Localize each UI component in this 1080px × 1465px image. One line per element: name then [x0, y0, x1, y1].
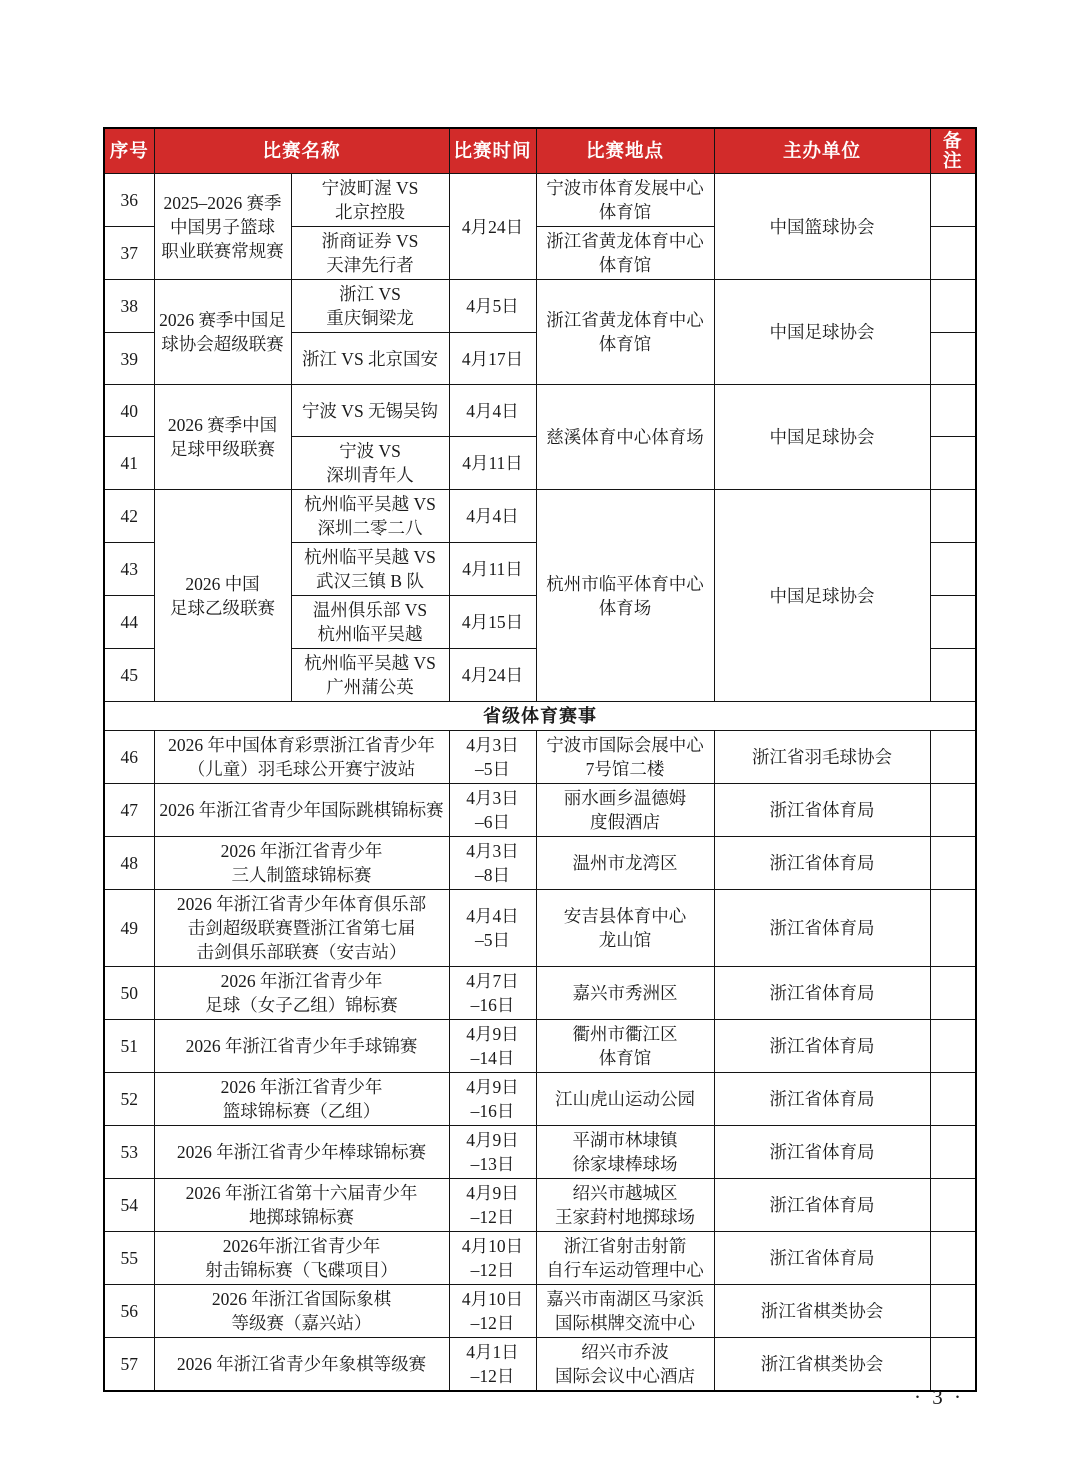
- table-header-row: 序号比赛名称比赛时间比赛地点主办单位备注: [104, 128, 976, 174]
- match-cell: 浙江 VS 北京国安: [291, 333, 449, 385]
- location-cell: 宁波市国际会展中心 7号馆二楼: [536, 731, 714, 784]
- organizer-cell: 中国足球协会: [714, 385, 930, 490]
- table-body: 362025–2026 赛季 中国男子篮球 职业联赛常规赛宁波町渥 VS 北京控…: [104, 174, 976, 1392]
- event-name-cell: 2026 年中国体育彩票浙江省青少年 （儿童）羽毛球公开赛宁波站: [154, 731, 449, 784]
- note-cell: [930, 596, 976, 649]
- event-name-cell: 2026 年浙江省青少年国际跳棋锦标赛: [154, 784, 449, 837]
- page-number: · 3 ·: [903, 1385, 975, 1410]
- table-row: 522026 年浙江省青少年 篮球锦标赛（乙组）4月9日 –16日江山虎山运动公…: [104, 1073, 976, 1126]
- event-name-cell: 2026 年浙江省青少年 足球（女子乙组）锦标赛: [154, 967, 449, 1020]
- location-cell: 浙江省黄龙体育中心 体育馆: [536, 227, 714, 280]
- seq-cell: 51: [104, 1020, 154, 1073]
- time-cell: 4月24日: [449, 649, 536, 702]
- time-cell: 4月17日: [449, 333, 536, 385]
- schedule-table: 序号比赛名称比赛时间比赛地点主办单位备注 362025–2026 赛季 中国男子…: [103, 127, 977, 1392]
- note-cell: [930, 649, 976, 702]
- note-cell: [930, 1179, 976, 1232]
- organizer-cell: 浙江省羽毛球协会: [714, 731, 930, 784]
- seq-cell: 56: [104, 1285, 154, 1338]
- note-cell: [930, 1020, 976, 1073]
- section-header-row: 省级体育赛事: [104, 702, 976, 731]
- seq-cell: 46: [104, 731, 154, 784]
- location-cell: 温州市龙湾区: [536, 837, 714, 890]
- table-row: 462026 年中国体育彩票浙江省青少年 （儿童）羽毛球公开赛宁波站4月3日 –…: [104, 731, 976, 784]
- location-cell: 衢州市衢江区 体育馆: [536, 1020, 714, 1073]
- seq-cell: 36: [104, 174, 154, 227]
- time-cell: 4月4日: [449, 490, 536, 543]
- organizer-cell: 浙江省体育局: [714, 967, 930, 1020]
- location-cell: 平湖市林埭镇 徐家埭棒球场: [536, 1126, 714, 1179]
- time-cell: 4月3日 –5日: [449, 731, 536, 784]
- table-row: 482026 年浙江省青少年 三人制篮球锦标赛4月3日 –8日温州市龙湾区浙江省…: [104, 837, 976, 890]
- match-cell: 浙江 VS 重庆铜梁龙: [291, 280, 449, 333]
- event-name-cell: 2026 年浙江省国际象棋 等级赛（嘉兴站）: [154, 1285, 449, 1338]
- time-cell: 4月4日: [449, 385, 536, 437]
- organizer-cell: 中国足球协会: [714, 490, 930, 702]
- table-row: 542026 年浙江省第十六届青少年 地掷球锦标赛4月9日 –12日绍兴市越城区…: [104, 1179, 976, 1232]
- match-cell: 宁波 VS 深圳青年人: [291, 437, 449, 490]
- group-name-cell: 2026 中国 足球乙级联赛: [154, 490, 291, 702]
- header-col-organizer: 主办单位: [714, 128, 930, 174]
- table-row: 382026 赛季中国足 球协会超级联赛浙江 VS 重庆铜梁龙4月5日浙江省黄龙…: [104, 280, 976, 333]
- note-cell: [930, 967, 976, 1020]
- seq-cell: 53: [104, 1126, 154, 1179]
- match-cell: 温州俱乐部 VS 杭州临平吴越: [291, 596, 449, 649]
- seq-cell: 40: [104, 385, 154, 437]
- note-cell: [930, 385, 976, 437]
- seq-cell: 44: [104, 596, 154, 649]
- time-cell: 4月10日 –12日: [449, 1232, 536, 1285]
- seq-cell: 47: [104, 784, 154, 837]
- match-cell: 宁波 VS 无锡吴钩: [291, 385, 449, 437]
- event-name-cell: 2026年浙江省青少年 射击锦标赛（飞碟项目）: [154, 1232, 449, 1285]
- group-name-cell: 2025–2026 赛季 中国男子篮球 职业联赛常规赛: [154, 174, 291, 280]
- organizer-cell: 浙江省棋类协会: [714, 1285, 930, 1338]
- note-cell: [930, 837, 976, 890]
- note-cell: [930, 490, 976, 543]
- header-col-note: 备注: [930, 128, 976, 174]
- location-cell: 慈溪体育中心体育场: [536, 385, 714, 490]
- header-col-seq: 序号: [104, 128, 154, 174]
- location-cell: 丽水画乡温德姆 度假酒店: [536, 784, 714, 837]
- note-cell: [930, 543, 976, 596]
- organizer-cell: 浙江省体育局: [714, 1179, 930, 1232]
- group-name-cell: 2026 赛季中国足 球协会超级联赛: [154, 280, 291, 385]
- time-cell: 4月9日 –16日: [449, 1073, 536, 1126]
- document-page: 序号比赛名称比赛时间比赛地点主办单位备注 362025–2026 赛季 中国男子…: [0, 0, 1080, 1465]
- section-title: 省级体育赛事: [104, 702, 976, 731]
- note-cell: [930, 1285, 976, 1338]
- seq-cell: 42: [104, 490, 154, 543]
- note-cell: [930, 784, 976, 837]
- time-cell: 4月4日 –5日: [449, 890, 536, 967]
- event-name-cell: 2026 年浙江省青少年手球锦赛: [154, 1020, 449, 1073]
- time-cell: 4月1日 –12日: [449, 1338, 536, 1392]
- table-row: 512026 年浙江省青少年手球锦赛4月9日 –14日衢州市衢江区 体育馆浙江省…: [104, 1020, 976, 1073]
- organizer-cell: 浙江省体育局: [714, 784, 930, 837]
- match-cell: 杭州临平吴越 VS 武汉三镇 B 队: [291, 543, 449, 596]
- seq-cell: 41: [104, 437, 154, 490]
- seq-cell: 39: [104, 333, 154, 385]
- event-name-cell: 2026 年浙江省青少年体育俱乐部 击剑超级联赛暨浙江省第七届 击剑俱乐部联赛（…: [154, 890, 449, 967]
- event-name-cell: 2026 年浙江省青少年 三人制篮球锦标赛: [154, 837, 449, 890]
- organizer-cell: 浙江省体育局: [714, 1126, 930, 1179]
- table-row: 472026 年浙江省青少年国际跳棋锦标赛4月3日 –6日丽水画乡温德姆 度假酒…: [104, 784, 976, 837]
- organizer-cell: 浙江省体育局: [714, 1073, 930, 1126]
- location-cell: 嘉兴市南湖区马家浜 国际棋牌交流中心: [536, 1285, 714, 1338]
- location-cell: 宁波市体育发展中心 体育馆: [536, 174, 714, 227]
- table-row: 502026 年浙江省青少年 足球（女子乙组）锦标赛4月7日 –16日嘉兴市秀洲…: [104, 967, 976, 1020]
- match-cell: 宁波町渥 VS 北京控股: [291, 174, 449, 227]
- time-cell: 4月9日 –14日: [449, 1020, 536, 1073]
- seq-cell: 49: [104, 890, 154, 967]
- table-row: 492026 年浙江省青少年体育俱乐部 击剑超级联赛暨浙江省第七届 击剑俱乐部联…: [104, 890, 976, 967]
- event-name-cell: 2026 年浙江省第十六届青少年 地掷球锦标赛: [154, 1179, 449, 1232]
- note-cell: [930, 1232, 976, 1285]
- match-cell: 杭州临平吴越 VS 广州蒲公英: [291, 649, 449, 702]
- table-row: 402026 赛季中国 足球甲级联赛宁波 VS 无锡吴钩4月4日慈溪体育中心体育…: [104, 385, 976, 437]
- event-name-cell: 2026 年浙江省青少年 篮球锦标赛（乙组）: [154, 1073, 449, 1126]
- location-cell: 嘉兴市秀洲区: [536, 967, 714, 1020]
- time-cell: 4月9日 –12日: [449, 1179, 536, 1232]
- seq-cell: 52: [104, 1073, 154, 1126]
- table-header: 序号比赛名称比赛时间比赛地点主办单位备注: [104, 128, 976, 174]
- note-cell: [930, 437, 976, 490]
- organizer-cell: 中国足球协会: [714, 280, 930, 385]
- seq-cell: 57: [104, 1338, 154, 1392]
- location-cell: 江山虎山运动公园: [536, 1073, 714, 1126]
- seq-cell: 55: [104, 1232, 154, 1285]
- organizer-cell: 浙江省体育局: [714, 1232, 930, 1285]
- time-cell: 4月5日: [449, 280, 536, 333]
- note-cell: [930, 227, 976, 280]
- location-cell: 绍兴市乔波 国际会议中心酒店: [536, 1338, 714, 1392]
- match-cell: 浙商证券 VS 天津先行者: [291, 227, 449, 280]
- table-row: 562026 年浙江省国际象棋 等级赛（嘉兴站）4月10日 –12日嘉兴市南湖区…: [104, 1285, 976, 1338]
- organizer-cell: 浙江省体育局: [714, 837, 930, 890]
- time-cell: 4月24日: [449, 174, 536, 280]
- note-cell: [930, 731, 976, 784]
- time-cell: 4月11日: [449, 437, 536, 490]
- note-cell: [930, 174, 976, 227]
- location-cell: 杭州市临平体育中心 体育场: [536, 490, 714, 702]
- group-name-cell: 2026 赛季中国 足球甲级联赛: [154, 385, 291, 490]
- event-name-cell: 2026 年浙江省青少年棒球锦标赛: [154, 1126, 449, 1179]
- location-cell: 安吉县体育中心 龙山馆: [536, 890, 714, 967]
- note-cell: [930, 333, 976, 385]
- time-cell: 4月3日 –8日: [449, 837, 536, 890]
- organizer-cell: 浙江省体育局: [714, 890, 930, 967]
- note-cell: [930, 1338, 976, 1392]
- time-cell: 4月9日 –13日: [449, 1126, 536, 1179]
- table-row: 422026 中国 足球乙级联赛杭州临平吴越 VS 深圳二零二八4月4日杭州市临…: [104, 490, 976, 543]
- time-cell: 4月3日 –6日: [449, 784, 536, 837]
- note-cell: [930, 280, 976, 333]
- seq-cell: 43: [104, 543, 154, 596]
- time-cell: 4月7日 –16日: [449, 967, 536, 1020]
- table-row: 362025–2026 赛季 中国男子篮球 职业联赛常规赛宁波町渥 VS 北京控…: [104, 174, 976, 227]
- header-col-location: 比赛地点: [536, 128, 714, 174]
- location-cell: 绍兴市越城区 王家葑村地掷球场: [536, 1179, 714, 1232]
- seq-cell: 38: [104, 280, 154, 333]
- seq-cell: 45: [104, 649, 154, 702]
- seq-cell: 50: [104, 967, 154, 1020]
- note-cell: [930, 890, 976, 967]
- organizer-cell: 中国篮球协会: [714, 174, 930, 280]
- location-cell: 浙江省黄龙体育中心 体育馆: [536, 280, 714, 385]
- event-name-cell: 2026 年浙江省青少年象棋等级赛: [154, 1338, 449, 1392]
- organizer-cell: 浙江省棋类协会: [714, 1338, 930, 1392]
- time-cell: 4月10日 –12日: [449, 1285, 536, 1338]
- time-cell: 4月15日: [449, 596, 536, 649]
- seq-cell: 37: [104, 227, 154, 280]
- organizer-cell: 浙江省体育局: [714, 1020, 930, 1073]
- table-row: 552026年浙江省青少年 射击锦标赛（飞碟项目）4月10日 –12日浙江省射击…: [104, 1232, 976, 1285]
- header-col-time: 比赛时间: [449, 128, 536, 174]
- table-row: 532026 年浙江省青少年棒球锦标赛4月9日 –13日平湖市林埭镇 徐家埭棒球…: [104, 1126, 976, 1179]
- table-row: 572026 年浙江省青少年象棋等级赛4月1日 –12日绍兴市乔波 国际会议中心…: [104, 1338, 976, 1392]
- match-cell: 杭州临平吴越 VS 深圳二零二八: [291, 490, 449, 543]
- seq-cell: 48: [104, 837, 154, 890]
- seq-cell: 54: [104, 1179, 154, 1232]
- header-col-name: 比赛名称: [154, 128, 449, 174]
- note-cell: [930, 1126, 976, 1179]
- location-cell: 浙江省射击射箭 自行车运动管理中心: [536, 1232, 714, 1285]
- note-cell: [930, 1073, 976, 1126]
- time-cell: 4月11日: [449, 543, 536, 596]
